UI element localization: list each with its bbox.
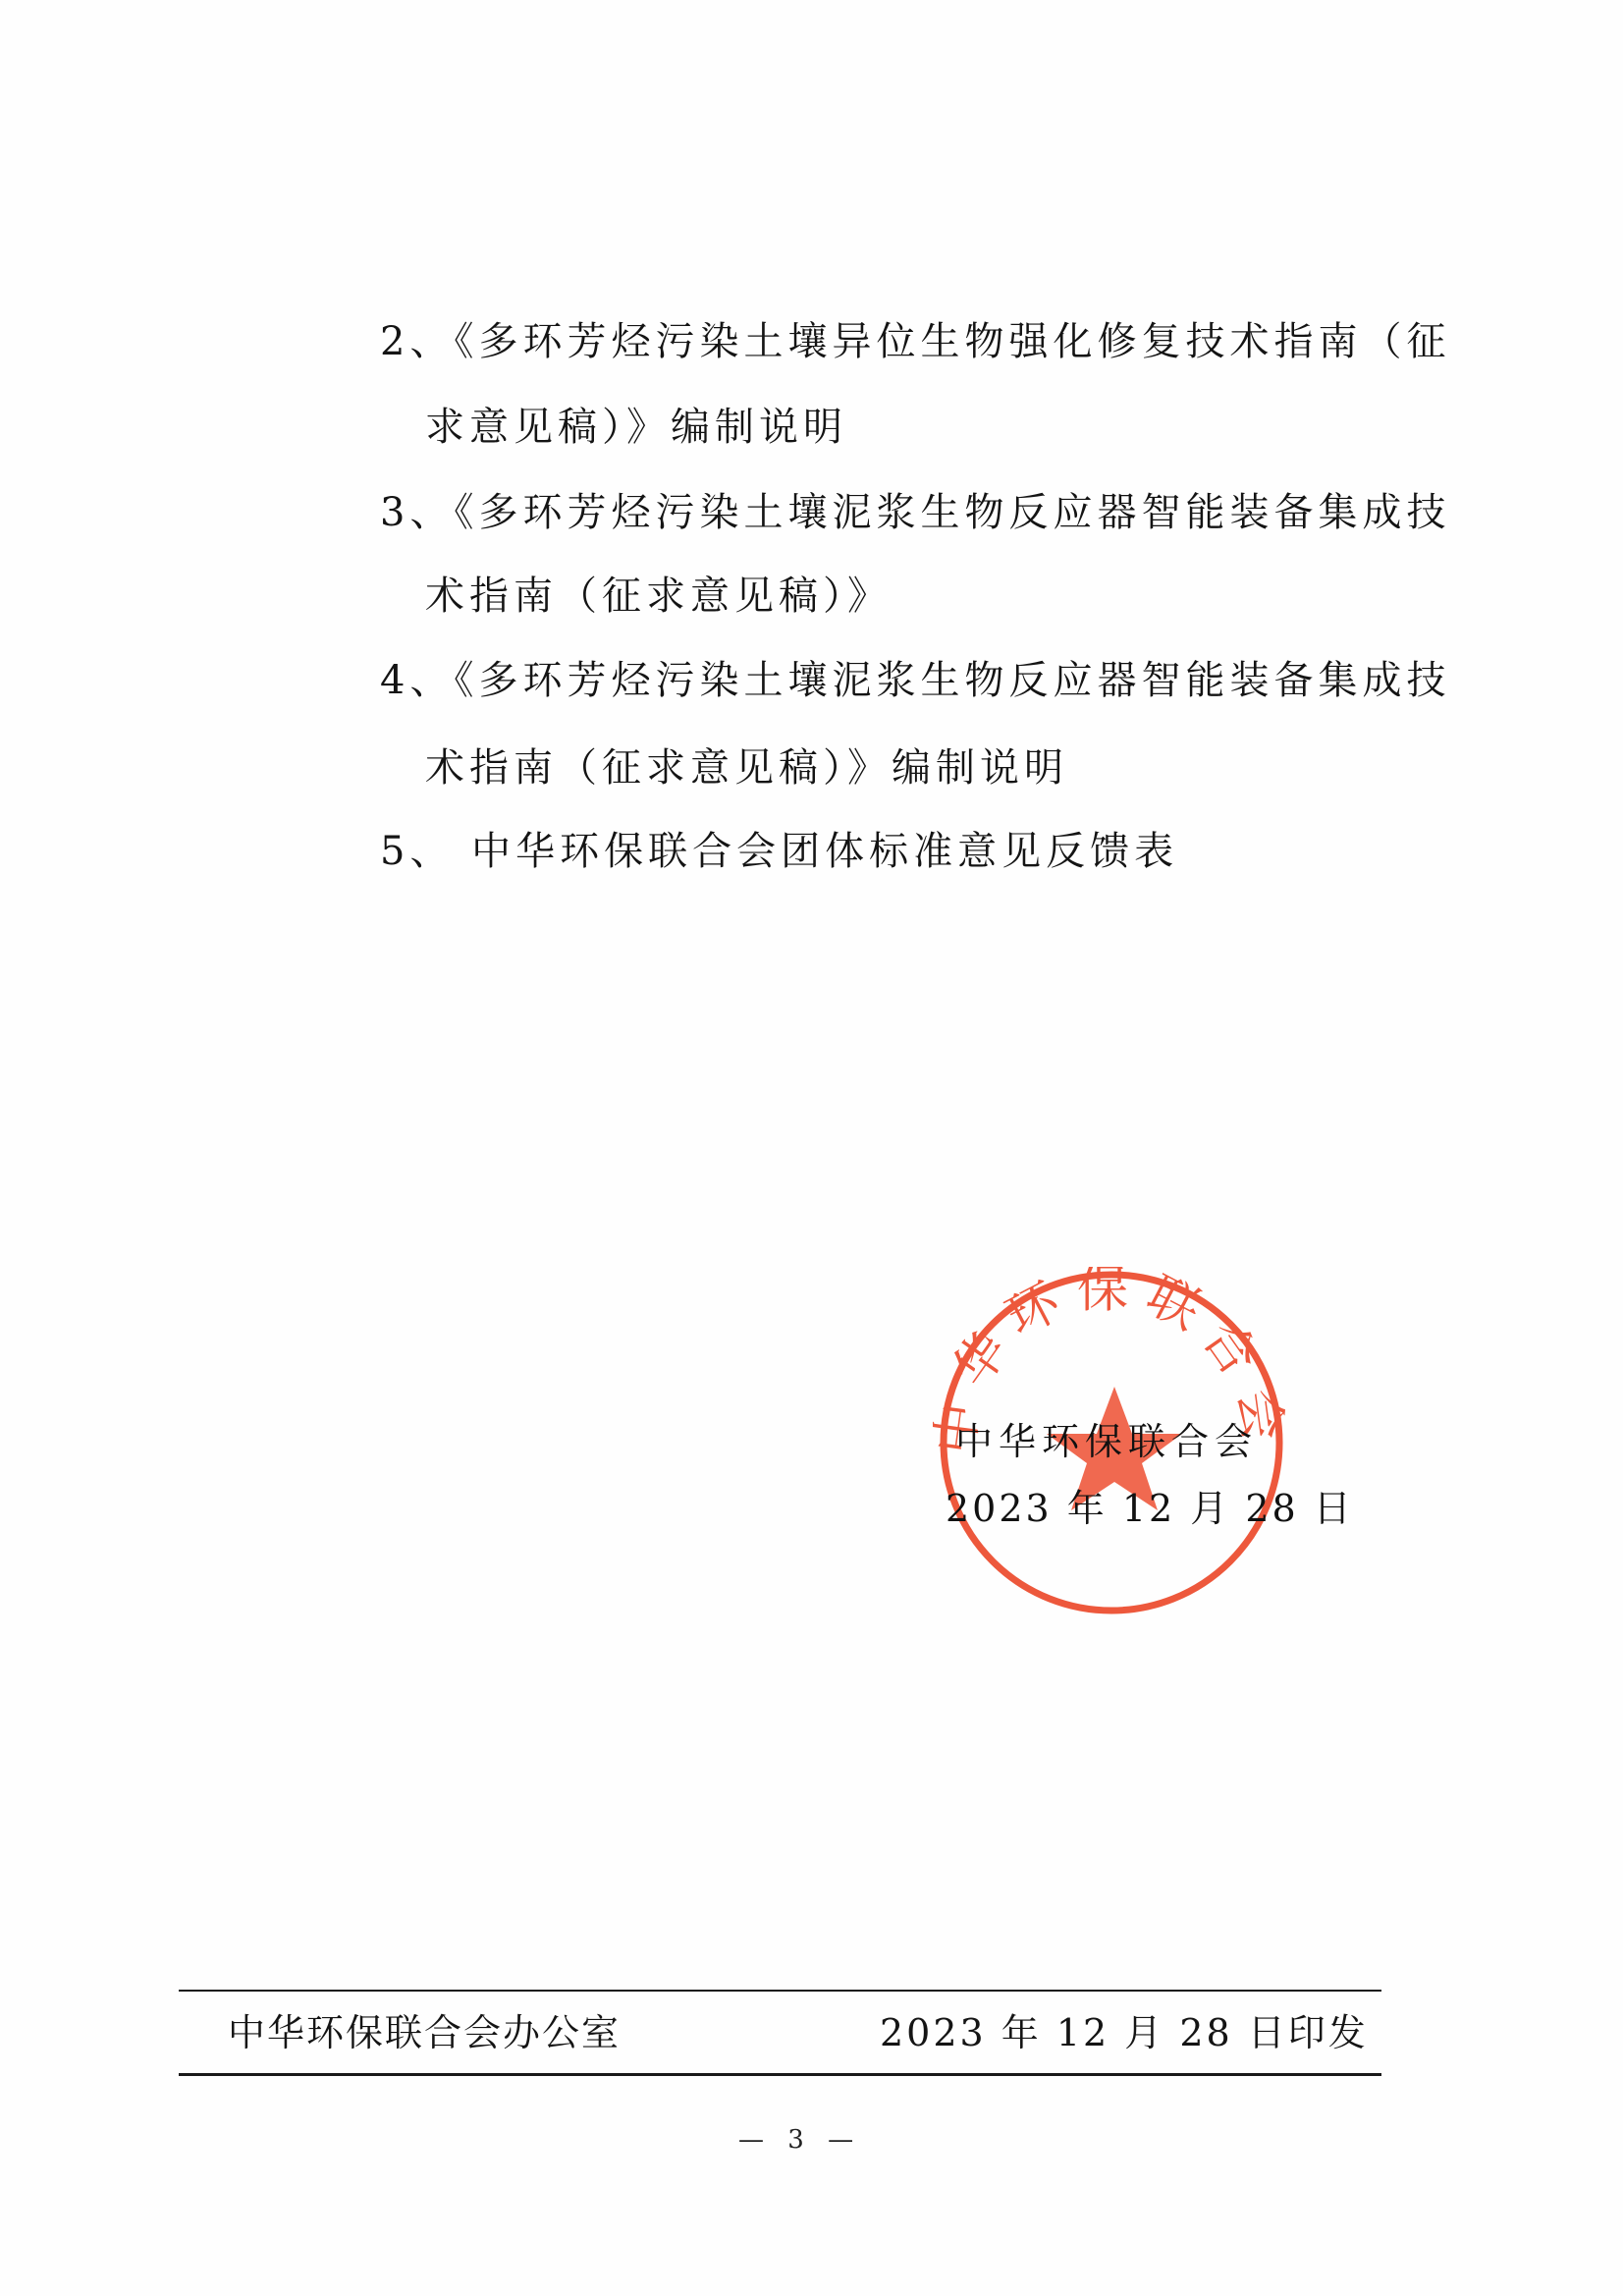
attachment-4-line-2: 术指南（征求意见稿）》编制说明 — [425, 746, 1068, 790]
attachment-5-line-1: 5、 中华环保联合会团体标准意见反馈表 — [380, 830, 1178, 873]
signature-organization: 中华环保联合会 — [955, 1422, 1258, 1461]
footer-issue-date: 2023 年 12 月 28 日印发 — [880, 2011, 1369, 2054]
attachment-3-line-2: 术指南（征求意见稿）》 — [425, 574, 892, 618]
attachment-2-line-2: 求意见稿）》编制说明 — [425, 406, 847, 449]
signature-date: 2023 年 12 月 28 日 — [946, 1489, 1354, 1528]
attachment-2-line-1: 2、《多环芳烃污染土壤异位生物强化修复技术指南（征 — [380, 320, 1450, 363]
footer-bottom-rule — [179, 2073, 1381, 2076]
footer-top-rule — [179, 1990, 1381, 1992]
attachment-3-line-1: 3、《多环芳烃污染土壤泥浆生物反应器智能装备集成技 — [380, 491, 1450, 534]
document-page: 2、《多环芳烃污染土壤异位生物强化修复技术指南（征 求意见稿）》编制说明 3、《… — [0, 0, 1623, 2296]
attachment-4-line-1: 4、《多环芳烃污染土壤泥浆生物反应器智能装备集成技 — [380, 659, 1450, 702]
page-number: — 3 — — [738, 2125, 861, 2155]
footer-issuer: 中华环保联合会办公室 — [228, 2011, 621, 2054]
